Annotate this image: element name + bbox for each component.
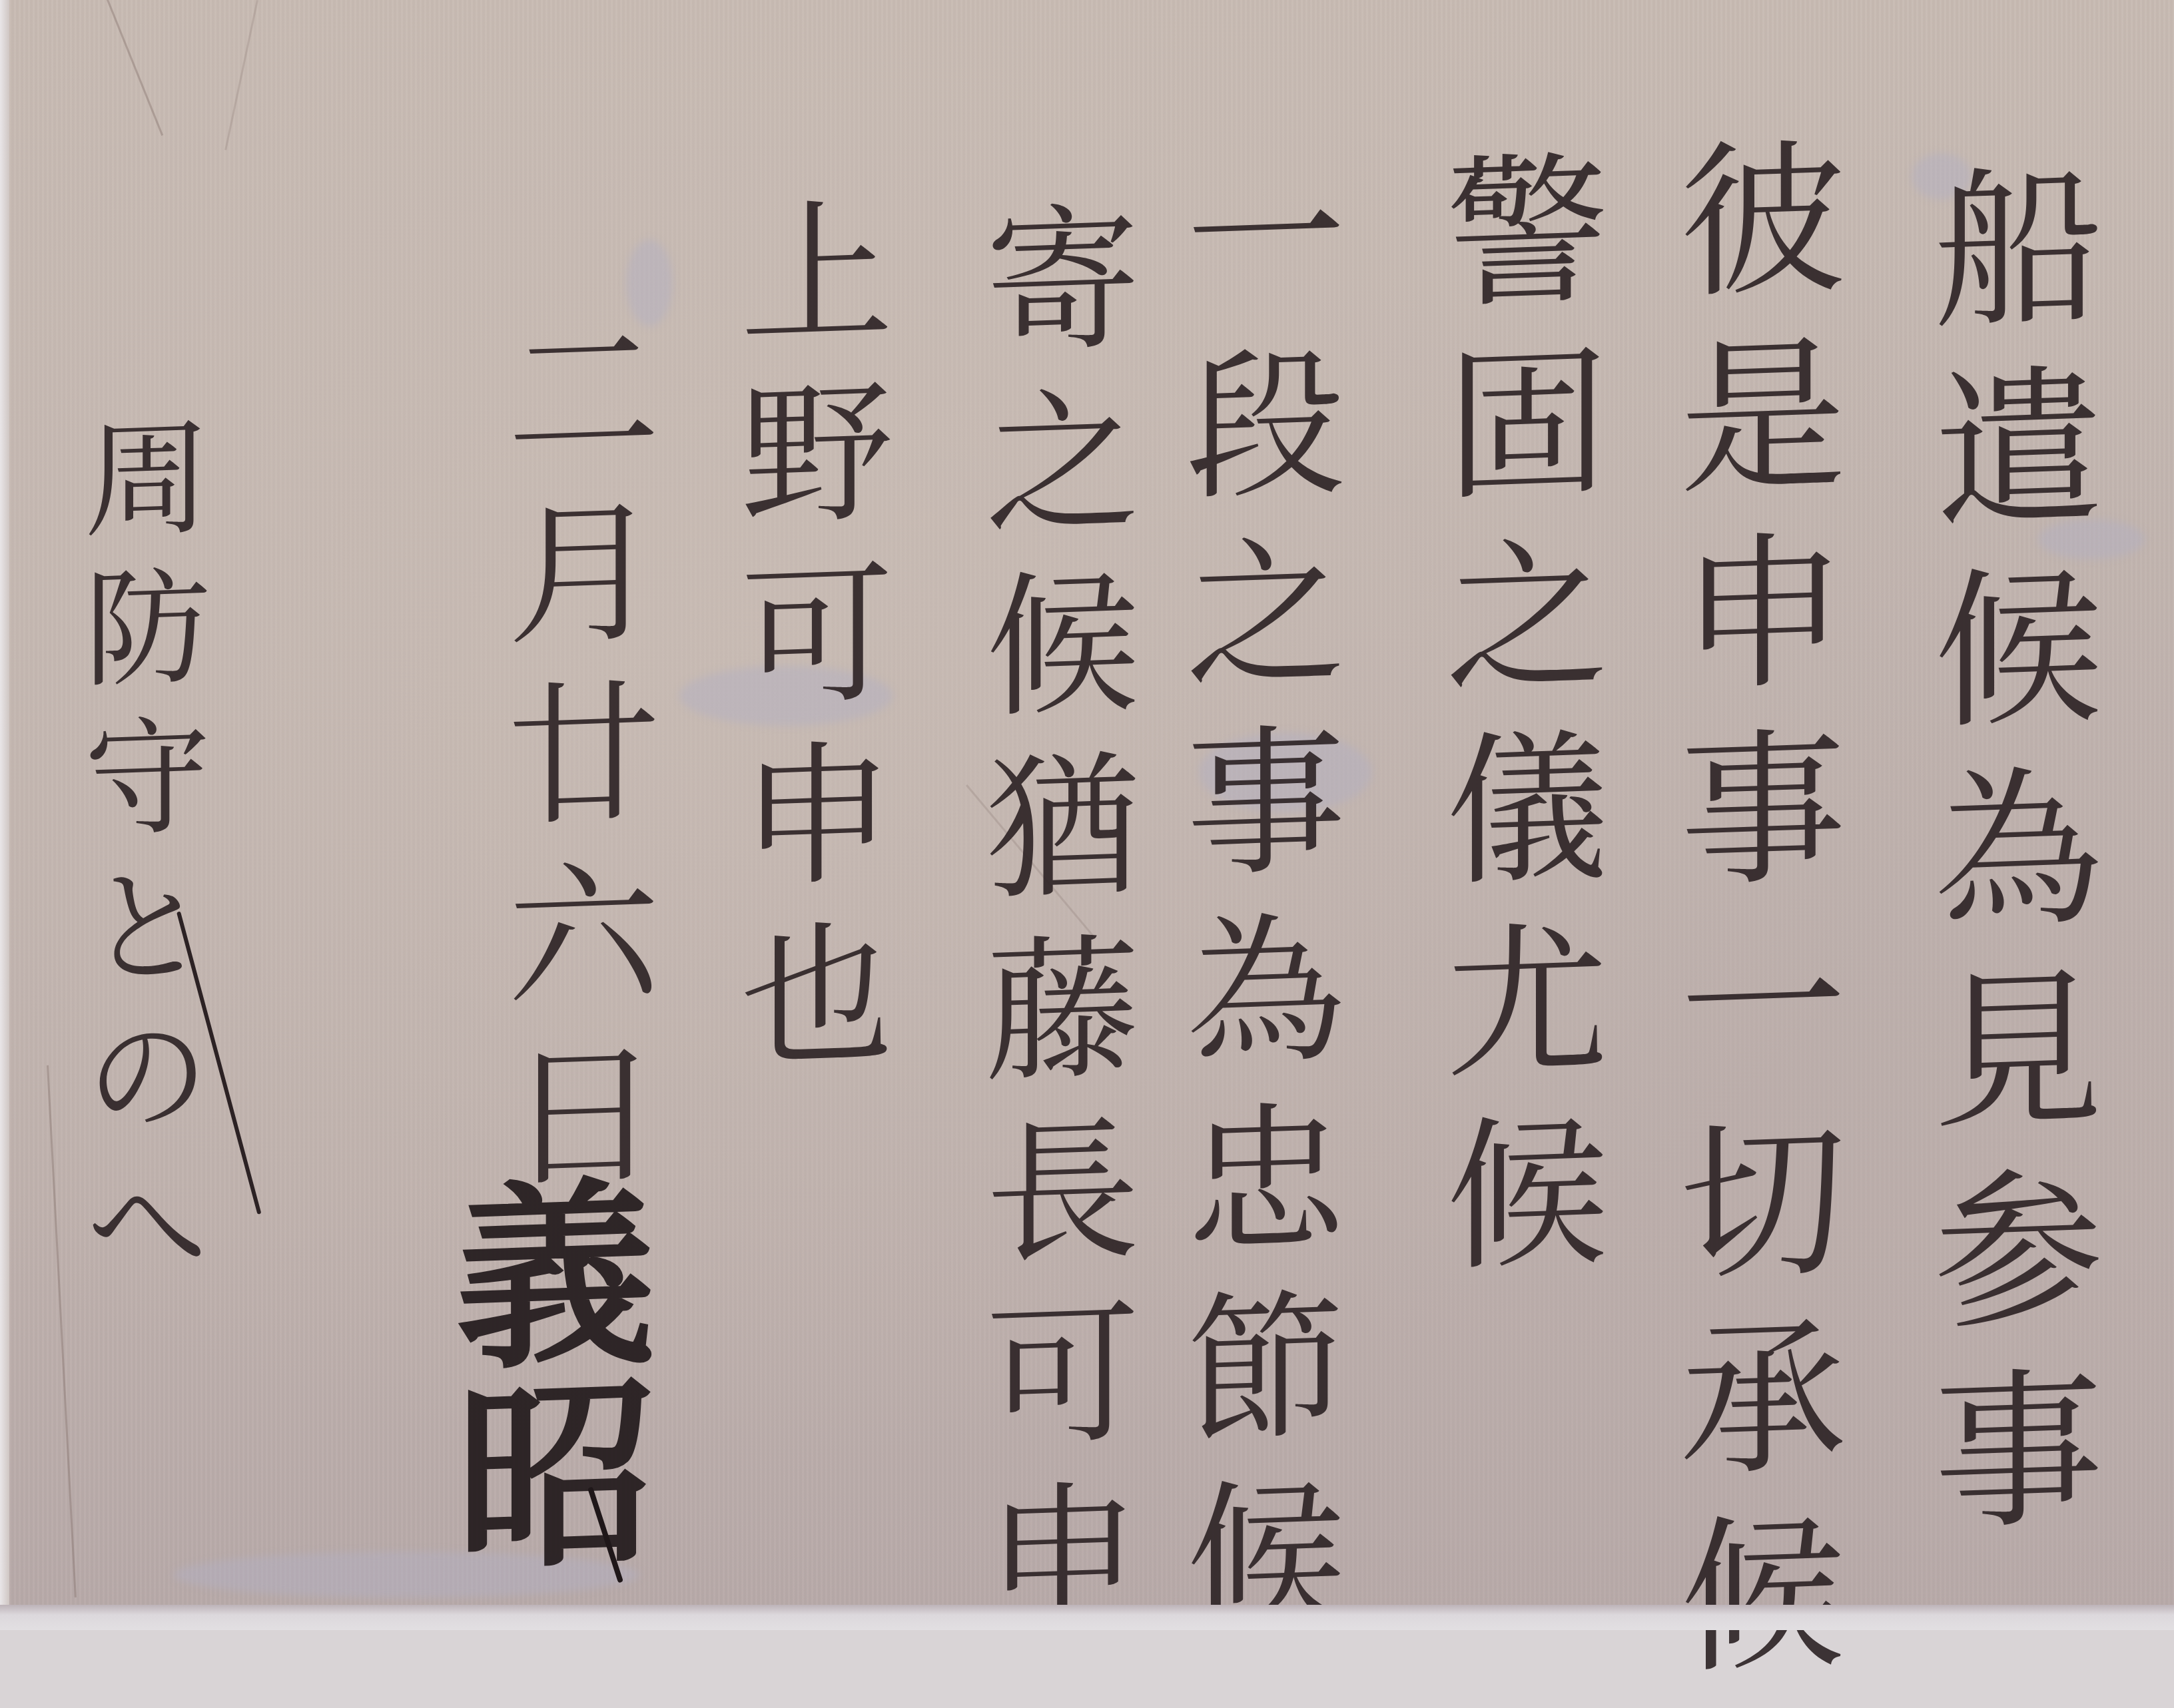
text-column-5: 寄之候猶藤長可申	[972, 197, 1127, 1630]
date-line: 二月廿六日	[493, 310, 646, 1219]
left-margin-edge	[0, 0, 9, 1605]
text-column-2: 彼是申事一切承候	[1665, 131, 1832, 1630]
signature: 義昭	[440, 1169, 639, 1575]
text-column-1: 船遣候為見参事	[1918, 157, 2088, 1566]
text-column-4: 一段之事為忠節候	[1172, 150, 1332, 1630]
bottom-border	[0, 1605, 2174, 1630]
addressee: 周防守とのへ	[73, 411, 200, 1311]
text-column-6: 上野可申也	[726, 190, 879, 1099]
text-column-3: 警固之儀尤候	[1432, 144, 1595, 1304]
